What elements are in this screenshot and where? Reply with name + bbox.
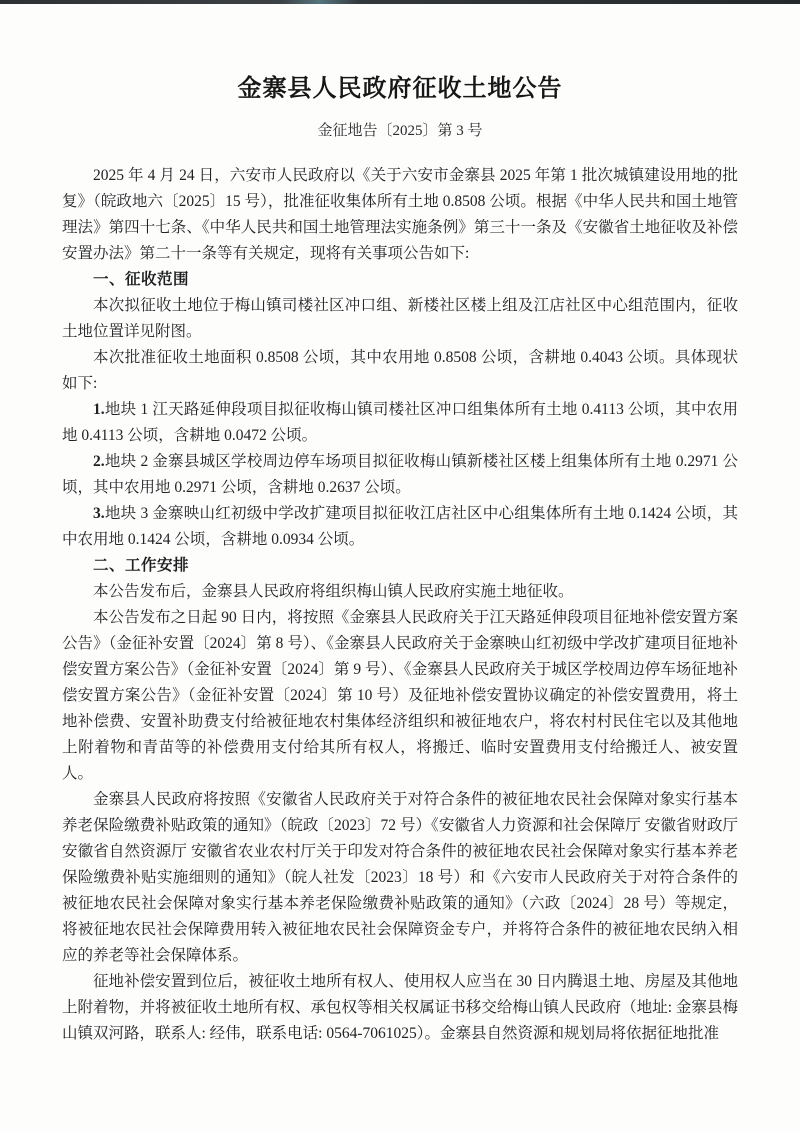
doc-number: 金征地告〔2025〕第 3 号 [0,120,800,142]
scope-paragraph-1: 本次拟征收土地位于梅山镇司楼社区冲口组、新楼社区楼上组及江店社区中心组范围内，征… [62,293,738,345]
document-page: 金寨县人民政府征收土地公告 金征地告〔2025〕第 3 号 2025 年 4 月… [0,0,800,1131]
document-body: 2025 年 4 月 24 日，六安市人民政府以《关于六安市金寨县 2025 年… [62,163,738,1047]
intro-paragraph: 2025 年 4 月 24 日，六安市人民政府以《关于六安市金寨县 2025 年… [62,163,738,267]
plot-3-number: 3. [93,505,105,522]
section2-heading: 二、工作安排 [62,553,738,579]
plot-item-3: 3.地块 3 金寨映山红初级中学改扩建项目拟征收江店社区中心组集体所有土地 0.… [62,501,738,553]
plot-1-text: 地块 1 江天路延伸段项目拟征收梅山镇司楼社区冲口组集体所有土地 0.4113 … [62,401,738,444]
page-title: 金寨县人民政府征收土地公告 [0,72,800,106]
plot-2-text: 地块 2 金寨县城区学校周边停车场项目拟征收梅山镇新楼社区楼上组集体所有土地 0… [62,453,738,496]
work-paragraph-2: 本公告发布之日起 90 日内，将按照《金寨县人民政府关于江天路延伸段项目征地补偿… [62,605,738,787]
work-paragraph-3: 金寨县人民政府将按照《安徽省人民政府关于对符合条件的被征地农民社会保障对象实行基… [62,787,738,969]
scope-paragraph-2: 本次批准征收土地面积 0.8508 公顷，其中农用地 0.8508 公顷，含耕地… [62,345,738,397]
plot-2-number: 2. [93,453,105,470]
work-paragraph-1: 本公告发布后，金寨县人民政府将组织梅山镇人民政府实施土地征收。 [62,579,738,605]
work-paragraph-4: 征地补偿安置到位后，被征收土地所有权人、使用权人应当在 30 日内腾退土地、房屋… [62,969,738,1047]
section1-heading: 一、征收范围 [62,267,738,293]
plot-1-number: 1. [93,401,105,418]
scan-edge-artifact [0,0,800,4]
plot-3-text: 地块 3 金寨映山红初级中学改扩建项目拟征收江店社区中心组集体所有土地 0.14… [62,505,738,548]
plot-item-1: 1.地块 1 江天路延伸段项目拟征收梅山镇司楼社区冲口组集体所有土地 0.411… [62,397,738,449]
plot-item-2: 2.地块 2 金寨县城区学校周边停车场项目拟征收梅山镇新楼社区楼上组集体所有土地… [62,449,738,501]
